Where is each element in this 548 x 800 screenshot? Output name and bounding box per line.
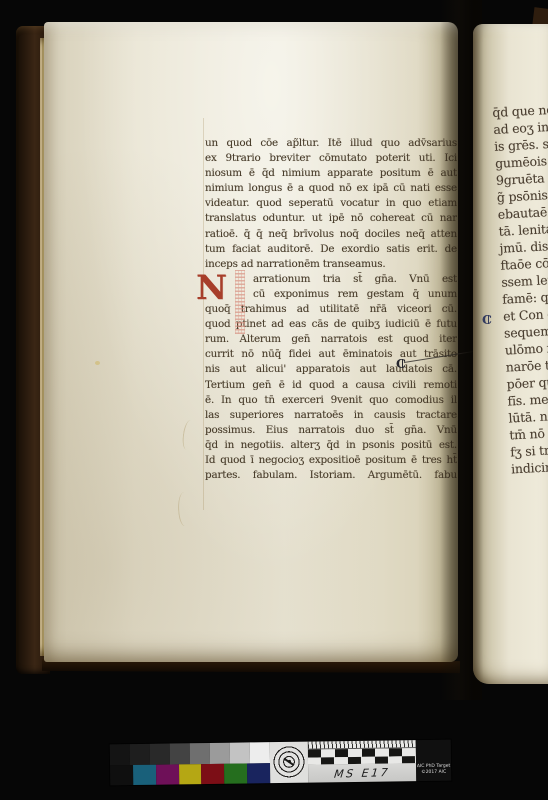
manuscript-text-line: nimium longus ē a quod nō ex ipā cū nati… xyxy=(205,181,457,196)
gray-patch xyxy=(190,743,210,764)
color-patch xyxy=(110,765,133,786)
manuscript-text-line: ulōmo mine re xyxy=(504,338,548,359)
manuscript-text-line: possimus. Eius narratois duo st̄ gn̄a. V… xyxy=(205,423,457,438)
manuscript-text-line: narōe trāsfig xyxy=(505,355,548,376)
rubricated-initial: N xyxy=(196,268,234,310)
target-credit: AIC PhD Target ©2017 AIC xyxy=(416,740,452,781)
color-patch xyxy=(224,763,247,784)
ruling-line xyxy=(203,118,204,510)
manuscript-text-line: indicim̄ ab eo q xyxy=(511,457,548,478)
margin-offset-mark xyxy=(181,419,196,450)
manuscript-text-line: videatur. quod seperatū vocatur in quo e… xyxy=(205,196,457,211)
color-patch xyxy=(133,764,156,785)
manuscript-text-line: translatus oduntur. ut ipē nō cohereat c… xyxy=(205,211,457,226)
focus-target-icon xyxy=(270,742,309,784)
color-patch xyxy=(156,764,179,785)
color-row xyxy=(110,763,270,786)
manuscript-text-line: tm̄ nō pvilaoē xyxy=(509,423,548,444)
manuscript-text-line: fʒ si trānsitoib xyxy=(510,440,548,461)
grayscale-row xyxy=(110,742,270,765)
margin-offset-mark xyxy=(176,491,192,526)
gray-patch xyxy=(110,744,130,765)
manuscript-text-line: partes. fabulam. Istoriam. Argumētū. fab… xyxy=(205,468,457,483)
patch-grid xyxy=(110,742,271,785)
gray-patch xyxy=(210,743,230,764)
right-page-text: q̄d que noʒ rel ad eoʒ intagr is grēs. s… xyxy=(492,100,548,477)
manuscript-text-line: nis aut alicui' apparatois aut laudatois… xyxy=(205,362,457,377)
penwork-flourish xyxy=(235,270,245,334)
paragraph-mark-glyph: C xyxy=(396,356,406,371)
manuscript-text-line: un quod cōe ap̃ltur. Itē illud quo adv̄s… xyxy=(205,136,457,151)
manuscript-text-line: tum faciat auditorē. De exordio satis er… xyxy=(205,242,457,257)
ruler-section: MS E17 xyxy=(308,740,417,783)
gray-patch xyxy=(170,743,190,764)
target-center-dot xyxy=(288,760,291,763)
left-page: un quod cōe ap̃ltur. Itē illud quo adv̄s… xyxy=(44,22,458,662)
credit-line-2: ©2017 AIC xyxy=(416,769,451,775)
manuscript-text-line: niosum ē q̄d nimium apparate positum ē a… xyxy=(205,166,457,181)
paragraph-mark-bar xyxy=(488,315,489,324)
manuscript-text-line: et Con die xyxy=(503,304,548,325)
color-patch xyxy=(201,763,224,784)
manuscript-text-line: lūtā. ne ueritā xyxy=(508,406,548,427)
manuscript-text-line: Tertium gen̄ ē id quod a causa civili re… xyxy=(205,378,457,393)
color-patch xyxy=(179,764,202,785)
manuscript-text-line: famē: quemad xyxy=(502,287,548,308)
margin-stain xyxy=(95,361,100,365)
color-calibration-target: MS E17 AIC PhD Target ©2017 AIC xyxy=(110,740,452,786)
manuscript-text-line: fīs. memō briā xyxy=(507,389,548,410)
gray-patch xyxy=(250,742,270,763)
color-patch xyxy=(247,763,270,784)
manuscript-text-line: Id quod ī negocioʒ expositioē positum ē … xyxy=(205,453,457,468)
manuscript-text-line: rum. Alterum gen̄ narratois est quod ite… xyxy=(205,332,457,347)
paragraph-mark-bar xyxy=(402,359,403,368)
manuscript-text-line: las superiores narratoēs in causis tract… xyxy=(205,408,457,423)
paragraph-mark-icon: C xyxy=(482,313,496,326)
label-strip: MS E17 xyxy=(308,763,416,783)
gray-patch xyxy=(150,744,170,765)
manuscript-text-line: sequemus narr xyxy=(504,321,548,342)
manuscript-text-line: q̄d in negotiis. alterʒ q̄d in psonis po… xyxy=(205,438,457,453)
manuscript-text-line: ē. In quo tn̄ exerceri 9venit quo comodi… xyxy=(205,393,457,408)
paragraph-mark-icon: C xyxy=(396,357,410,370)
shelfmark-label: MS E17 xyxy=(333,765,390,780)
right-page: q̄d que noʒ rel ad eoʒ intagr is grēs. s… xyxy=(473,24,548,684)
manuscript-text-line: ex 9trario breviter cōmutato poterit uti… xyxy=(205,151,457,166)
manuscript-text-line: ratioē. q̄ q̄ neq̄ brīvolus noq̄ dociles… xyxy=(205,227,457,242)
manuscript-text-line: pōer quōmō tr xyxy=(506,372,548,393)
paragraph-mark-glyph: C xyxy=(482,312,492,327)
gray-patch xyxy=(230,742,250,763)
gray-patch xyxy=(130,744,150,765)
manuscript-photo: un quod cōe ap̃ltur. Itē illud quo adv̄s… xyxy=(0,0,548,800)
